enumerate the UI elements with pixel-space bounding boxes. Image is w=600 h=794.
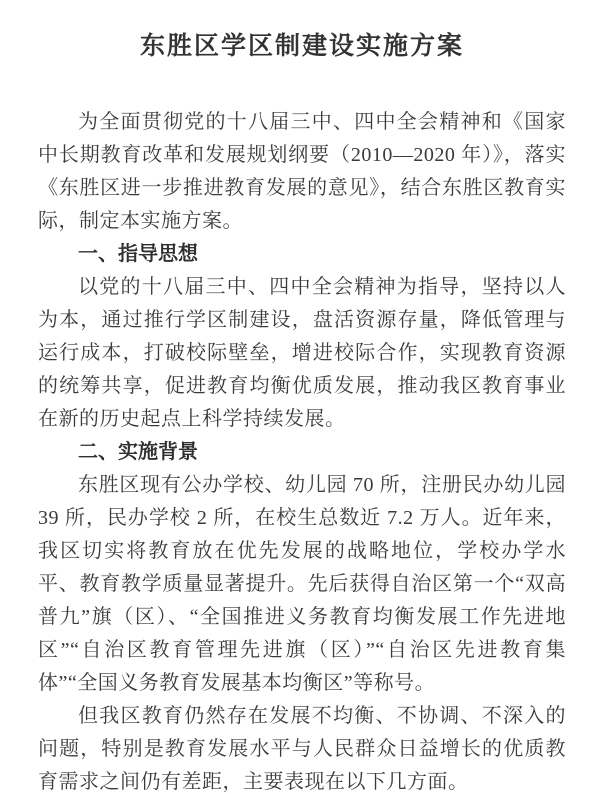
section-heading-implementation-background: 二、实施背景	[38, 436, 566, 469]
intro-paragraph: 为全面贯彻党的十八届三中、四中全会精神和《国家中长期教育改革和发展规划纲要（20…	[38, 106, 566, 238]
section2-paragraph-1: 东胜区现有公办学校、幼儿园 70 所，注册民办幼儿园 39 所，民办学校 2 所…	[38, 469, 566, 700]
section2-paragraph-2: 但我区教育仍然存在发展不均衡、不协调、不深入的问题，特别是教育发展水平与人民群众…	[38, 700, 566, 794]
document-title: 东胜区学区制建设实施方案	[38, 32, 566, 62]
document-page: 东胜区学区制建设实施方案 为全面贯彻党的十八届三中、四中全会精神和《国家中长期教…	[0, 0, 600, 794]
section-heading-guiding-ideology: 一、指导思想	[38, 238, 566, 271]
section1-paragraph: 以党的十八届三中、四中全会精神为指导，坚持以人为本，通过推行学区制建设，盘活资源…	[38, 271, 566, 436]
